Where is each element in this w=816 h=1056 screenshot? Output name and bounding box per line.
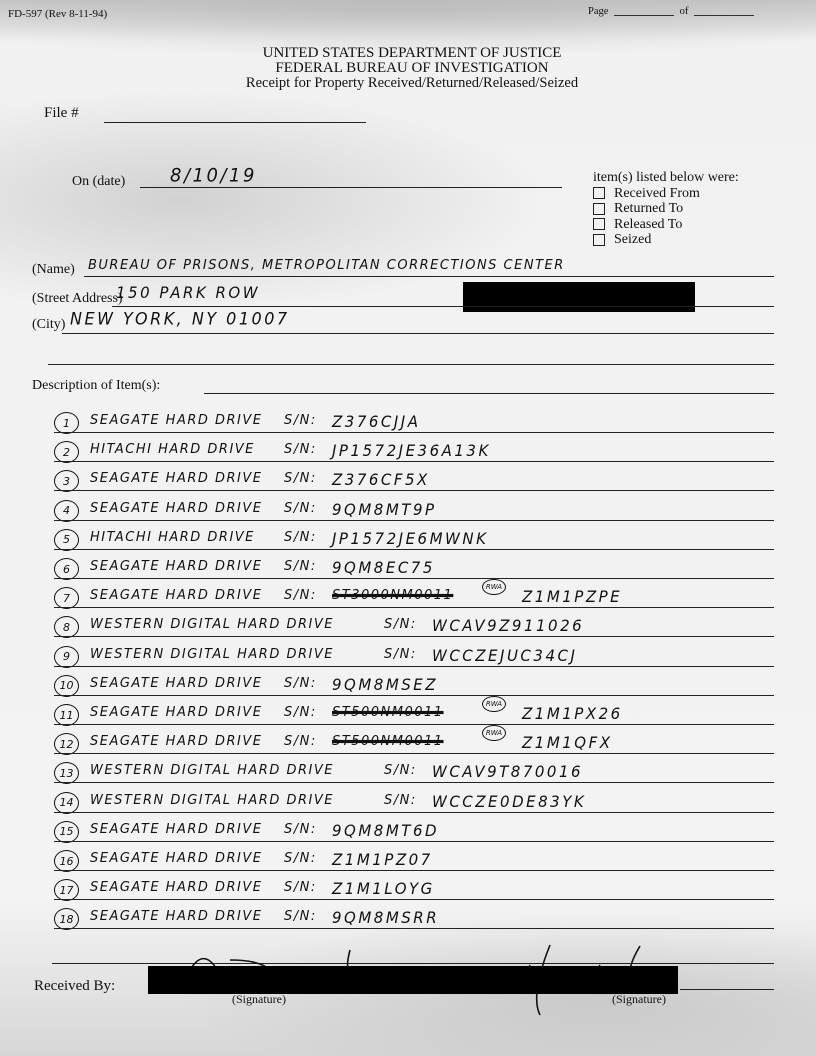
serial-number[interactable]: 9QM8EC75 [332,559,435,578]
correction-initials: RWA [482,579,506,595]
city-label: (City) [32,317,65,333]
item-row: 7SEAGATE HARD DRIVES/N:ST3000NM0011RWAZ1… [54,587,766,611]
serial-number[interactable]: Z1M1QFX [522,734,613,753]
item-line [54,724,774,725]
item-line [54,578,774,579]
serial-label: S/N: [384,763,417,779]
description-label: Description of Item(s): [32,378,160,394]
serial-label: S/N: [284,705,317,721]
fbi-property-receipt-form: FD-597 (Rev 8-11-94) Page of UNITED STAT… [0,0,816,1056]
item-row: 2HITACHI HARD DRIVES/N:JP1572JE36A13K [54,441,766,465]
struck-serial: ST3000NM0011 [332,588,453,604]
serial-number[interactable]: WCAV9T870016 [432,763,583,782]
item-row: 8WESTERN DIGITAL HARD DRIVES/N:WCAV9Z911… [54,616,766,640]
checkbox[interactable] [593,203,605,215]
item-row: 16SEAGATE HARD DRIVES/N:Z1M1PZ07 [54,850,766,874]
serial-number[interactable]: 9QM8MSRR [332,909,439,928]
item-line [54,607,774,608]
item-row: 11SEAGATE HARD DRIVES/N:ST500NM0011RWAZ1… [54,704,766,728]
struck-serial: ST500NM0011 [332,705,444,721]
correction-initials: RWA [482,725,506,741]
serial-label: S/N: [284,413,317,429]
item-description: SEAGATE HARD DRIVE [90,705,263,721]
item-line [54,549,774,550]
item-description: SEAGATE HARD DRIVE [90,675,263,691]
item-description: SEAGATE HARD DRIVE [90,734,263,750]
checkbox[interactable] [593,187,605,199]
item-number: 8 [54,616,79,638]
blank-line [48,364,774,365]
received-by-label: Received By: [34,978,115,995]
item-number: 16 [54,850,79,872]
serial-number[interactable]: 9QM8MSEZ [332,675,438,694]
item-row: 1SEAGATE HARD DRIVES/N:Z376CJJA [54,412,766,436]
item-line [54,928,774,929]
item-number: 17 [54,879,79,901]
serial-label: S/N: [284,851,317,867]
item-description: WESTERN DIGITAL HARD DRIVE [90,646,334,662]
item-description: SEAGATE HARD DRIVE [90,471,263,487]
serial-number[interactable]: Z376CJJA [332,413,421,432]
serial-label: S/N: [284,880,317,896]
checkbox-seized[interactable]: Seized [593,232,739,248]
item-row: 9WESTERN DIGITAL HARD DRIVES/N:WCCZEJUC3… [54,646,766,670]
item-row: 18SEAGATE HARD DRIVES/N:9QM8MSRR [54,908,766,932]
serial-number[interactable]: Z1M1PZPE [522,588,622,607]
city-value[interactable]: NEW YORK, NY 01007 [70,309,290,329]
item-number: 13 [54,762,79,784]
item-number: 11 [54,704,79,726]
item-number: 15 [54,821,79,843]
date-field-line [140,187,562,188]
street-value[interactable]: 150 PARK ROW [116,284,260,303]
serial-number[interactable]: 9QM8MT9P [332,500,437,519]
item-line [54,841,774,842]
item-line [54,490,774,491]
serial-label: S/N: [284,821,317,837]
item-description: WESTERN DIGITAL HARD DRIVE [90,617,334,633]
correction-initials: RWA [482,696,506,712]
serial-label: S/N: [384,792,417,808]
item-line [54,899,774,900]
item-row: 3SEAGATE HARD DRIVES/N:Z376CF5X [54,470,766,494]
item-number: 6 [54,558,79,580]
street-label: (Street Address) [32,291,123,307]
serial-label: S/N: [284,675,317,691]
serial-label: S/N: [384,646,417,662]
item-description: SEAGATE HARD DRIVE [90,821,263,837]
serial-label: S/N: [284,442,317,458]
header-department: UNITED STATES DEPARTMENT OF JUSTICE [4,46,816,61]
checkbox-returned-to[interactable]: Returned To [593,201,739,217]
serial-label: S/N: [384,617,417,633]
item-row: 6SEAGATE HARD DRIVES/N:9QM8EC75 [54,558,766,582]
item-description: SEAGATE HARD DRIVE [90,851,263,867]
signature-caption-left: (Signature) [232,992,286,1007]
form-id: FD-597 (Rev 8-11-94) [8,8,107,20]
item-line [54,782,774,783]
item-row: 10SEAGATE HARD DRIVES/N:9QM8MSEZ [54,675,766,699]
item-description: SEAGATE HARD DRIVE [90,909,263,925]
item-row: 5HITACHI HARD DRIVES/N:JP1572JE6MWNK [54,529,766,553]
item-description: SEAGATE HARD DRIVE [90,559,263,575]
checkbox-received-from[interactable]: Received From [593,186,739,202]
item-line [54,461,774,462]
header-bureau: FEDERAL BUREAU OF INVESTIGATION [4,61,816,76]
item-row: 15SEAGATE HARD DRIVES/N:9QM8MT6D [54,821,766,845]
item-number: 3 [54,470,79,492]
item-number: 10 [54,675,79,697]
item-description: SEAGATE HARD DRIVE [90,588,263,604]
serial-number[interactable]: JP1572JE6MWNK [332,529,488,548]
redaction-box [148,966,678,994]
item-line [54,695,774,696]
page-number-field[interactable] [614,15,674,16]
serial-number[interactable]: Z1M1PX26 [522,705,623,724]
signature-caption-right: (Signature) [612,992,666,1007]
name-value[interactable]: BUREAU OF PRISONS, METROPOLITAN CORRECTI… [88,258,565,274]
file-number-label: File # [44,105,79,122]
file-number-field[interactable] [104,122,366,123]
serial-number[interactable]: WCCZEJUC34CJ [432,646,577,665]
item-line [54,666,774,667]
page-number: Page of [588,6,757,17]
item-number: 1 [54,412,79,434]
signature-line [680,989,774,990]
header-form-title: Receipt for Property Received/Returned/R… [4,76,816,91]
struck-serial: ST500NM0011 [332,734,444,750]
serial-number[interactable]: JP1572JE36A13K [332,442,491,461]
street-field-line [112,306,774,307]
serial-number[interactable]: Z1M1LOYG [332,880,435,899]
item-number: 5 [54,529,79,551]
serial-number[interactable]: 9QM8MT6D [332,821,439,840]
city-field-line [62,333,774,334]
item-description: SEAGATE HARD DRIVE [90,413,263,429]
of-label: of [680,6,689,17]
item-line [54,636,774,637]
page-total-field[interactable] [694,15,754,16]
serial-label: S/N: [284,588,317,604]
serial-label: S/N: [284,471,317,487]
checkbox[interactable] [593,234,605,246]
item-number: 14 [54,792,79,814]
item-line [54,432,774,433]
item-line [54,812,774,813]
item-description: WESTERN DIGITAL HARD DRIVE [90,792,334,808]
serial-number[interactable]: WCAV9Z911026 [432,617,584,636]
redaction-box [463,282,695,312]
description-header-line [204,393,774,394]
date-value[interactable]: 8/10/19 [170,164,257,186]
serial-label: S/N: [284,559,317,575]
item-number: 7 [54,587,79,609]
status-checkbox-group: item(s) listed below were: Received From… [593,170,739,248]
checkbox[interactable] [593,218,605,230]
name-field-line [84,276,774,277]
serial-label: S/N: [284,529,317,545]
item-line [54,870,774,871]
item-row: 14WESTERN DIGITAL HARD DRIVES/N:WCCZE0DE… [54,792,766,816]
status-intro: item(s) listed below were: [593,170,739,186]
item-row: 12SEAGATE HARD DRIVES/N:ST500NM0011RWAZ1… [54,733,766,757]
serial-number[interactable]: WCCZE0DE83YK [432,792,586,811]
item-number: 9 [54,646,79,668]
checkbox-released-to[interactable]: Released To [593,217,739,233]
item-number: 2 [54,441,79,463]
serial-number[interactable]: Z1M1PZ07 [332,851,433,870]
serial-number[interactable]: Z376CF5X [332,471,430,490]
serial-label: S/N: [284,734,317,750]
item-number: 18 [54,908,79,930]
item-row: 4SEAGATE HARD DRIVES/N:9QM8MT9P [54,500,766,524]
item-row: 17SEAGATE HARD DRIVES/N:Z1M1LOYG [54,879,766,903]
item-description: SEAGATE HARD DRIVE [90,880,263,896]
item-description: WESTERN DIGITAL HARD DRIVE [90,763,334,779]
item-line [54,753,774,754]
date-label: On (date) [72,174,125,190]
item-description: SEAGATE HARD DRIVE [90,500,263,516]
item-number: 4 [54,500,79,522]
item-description: HITACHI HARD DRIVE [90,442,255,458]
item-number: 12 [54,733,79,755]
item-line [54,520,774,521]
name-label: (Name) [32,262,75,278]
item-row: 13WESTERN DIGITAL HARD DRIVES/N:WCAV9T87… [54,762,766,786]
serial-label: S/N: [284,500,317,516]
page-label: Page [588,6,608,17]
item-description: HITACHI HARD DRIVE [90,529,255,545]
serial-label: S/N: [284,909,317,925]
